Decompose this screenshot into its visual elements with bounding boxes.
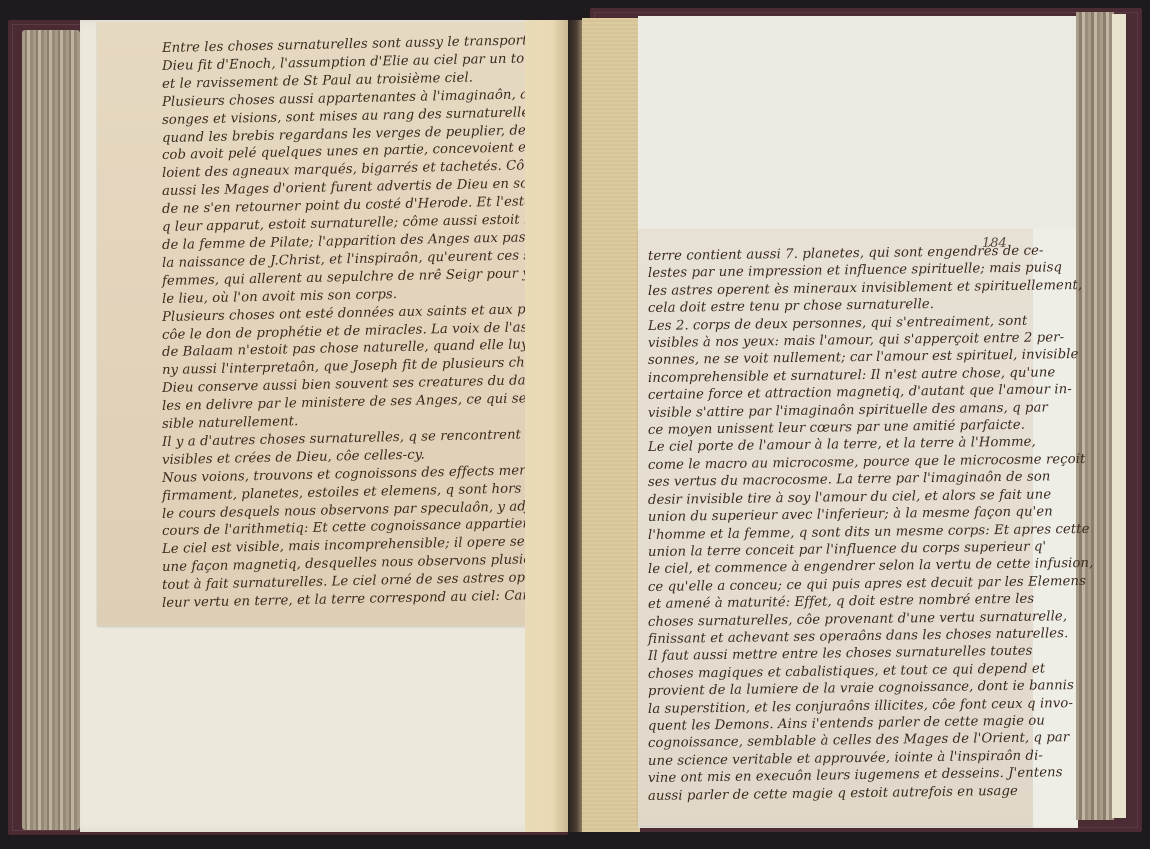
- left-handwritten-text: Entre les choses surnaturelles sont auss…: [162, 40, 522, 613]
- right-endpaper-edge: [1112, 14, 1126, 818]
- gutter-left-stub: [525, 20, 570, 832]
- right-page-fore-edge: [1076, 12, 1114, 820]
- gutter-right-stub: [582, 18, 640, 832]
- binding-gutter: [568, 20, 582, 832]
- right-handwritten-text: terre contient aussi 7. planetes, qui so…: [648, 248, 1028, 805]
- left-page-fore-edge: [22, 30, 80, 830]
- right-page-mount: [638, 16, 1076, 234]
